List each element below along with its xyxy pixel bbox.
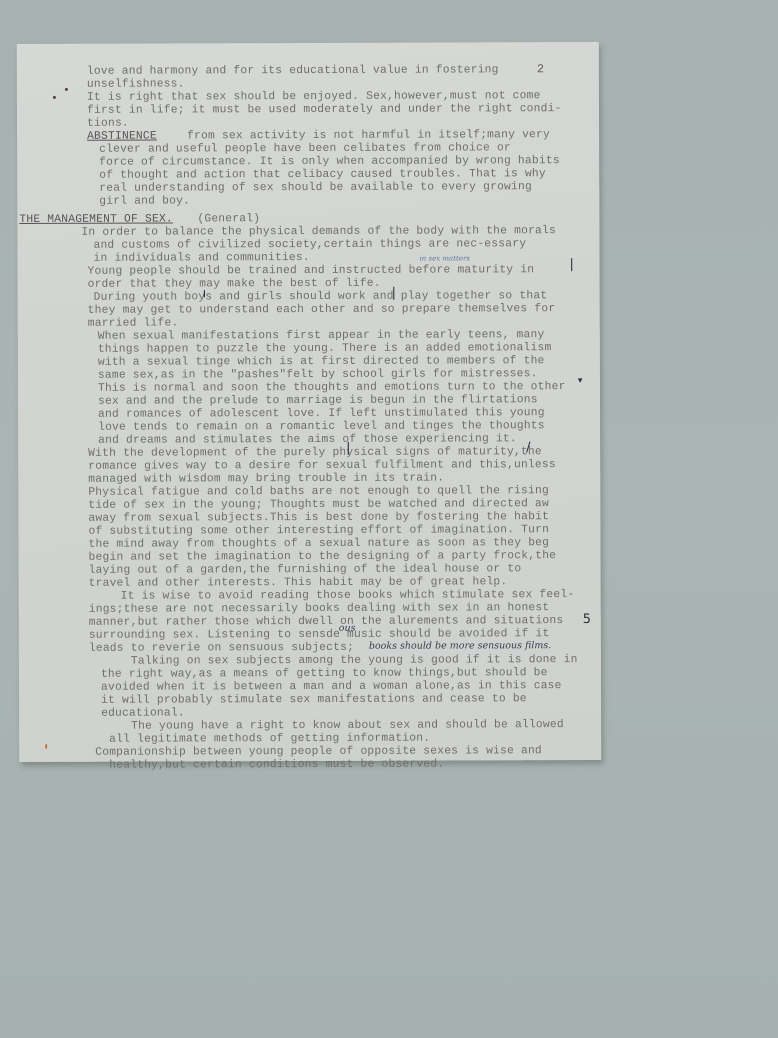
text-line: healthy,but certain conditions must be o… — [109, 759, 444, 772]
text-line: and romances of adolescent love. If left… — [98, 407, 545, 421]
text-line: Companionship between young people of op… — [95, 745, 542, 759]
correction-mark-icon: / — [526, 440, 530, 455]
text-line: This is normal and soon the thoughts and… — [98, 381, 566, 395]
text-line: (General) — [197, 213, 260, 225]
text-line: Physical fatigue and cold baths are not … — [88, 485, 549, 499]
correction-mark-icon: | — [392, 286, 396, 301]
text-line: Young people should be trained and instr… — [88, 264, 535, 278]
text-line: manner,but rather those which dwell on t… — [89, 615, 564, 629]
text-line: laying out of a garden,the furnishing of… — [89, 563, 522, 577]
text-line: of thought and action that celibacy caus… — [99, 168, 546, 182]
text-line: Talking on sex subjects among the young … — [131, 654, 578, 668]
text-line: love and harmony and for its educational… — [87, 64, 499, 77]
text-line: real understanding of sex should be avai… — [99, 181, 532, 195]
correction-mark-icon: | — [346, 441, 350, 456]
paper-stain — [53, 96, 56, 99]
margin-mark-icon: | — [569, 257, 573, 272]
page-number: 2 — [537, 62, 544, 76]
text-line: It is wise to avoid reading those books … — [121, 589, 575, 603]
correction-mark-icon: ▾ — [578, 376, 583, 386]
text-line: romance gives way to a desire for sexual… — [88, 459, 556, 473]
text-line: When sexual manifestations first appear … — [98, 329, 545, 343]
paper-stain — [65, 88, 68, 91]
section-heading: ABSTINENCE — [87, 131, 157, 143]
text-line: With the development of the purely physi… — [88, 446, 542, 460]
text-line: It is right that sex should be enjoyed. … — [87, 90, 541, 104]
text-line: The young have a right to know about sex… — [131, 719, 564, 733]
typewritten-page: 2 love and harmony and for its education… — [17, 42, 602, 762]
text-line: same sex,as in the "pashes"felt by schoo… — [98, 368, 538, 382]
text-line: with a sexual tinge which is at first di… — [98, 355, 545, 369]
handwritten-note: in sex matters — [419, 254, 469, 262]
section-heading: THE MANAGEMENT OF SEX. — [19, 213, 173, 226]
text-line: from sex activity is not harmful in itse… — [187, 129, 550, 142]
text-line: sex and and the prelude to marriage is b… — [98, 394, 538, 408]
text-line: force of circumstance. It is only when a… — [99, 155, 560, 169]
text-line: ings;these are not necessarily books dea… — [89, 602, 550, 616]
text-line: first in life; it must be used moderatel… — [87, 103, 562, 117]
paper-stain — [45, 744, 47, 749]
text-line: During youth boys and girls should work … — [94, 290, 548, 304]
text-line: and customs of civilized society,certain… — [93, 238, 526, 252]
text-line: they may get to understand each other an… — [88, 303, 556, 317]
handwritten-annotations: in sex mattersousbooks should be more se… — [17, 42, 599, 44]
text-line: girl and boy. — [99, 195, 190, 207]
correction-mark-icon: ı — [203, 286, 207, 301]
text-line: clever and useful people have been celib… — [99, 142, 511, 155]
text-line: travel and other interests. This habit m… — [89, 576, 508, 589]
text-line: avoided when it is between a man and a w… — [101, 680, 562, 694]
handwritten-note: books should be more sensuous films. — [369, 640, 551, 652]
text-line: away from sexual subjects.This is best d… — [88, 511, 549, 525]
text-line: order that they may make the best of lif… — [88, 278, 381, 291]
text-line: married life. — [88, 317, 179, 329]
text-line: leads to reverie on sensuous subjects; — [89, 642, 354, 655]
correction-mark-icon: 5 — [583, 612, 591, 627]
text-line: and dreams and stimulates the aims of th… — [98, 433, 517, 446]
text-line: the right way,as a means of getting to k… — [101, 667, 548, 681]
document-body: love and harmony and for its educational… — [17, 42, 599, 44]
text-line: of substituting some other interesting e… — [88, 524, 549, 538]
text-line: unselfishness. — [87, 78, 185, 90]
text-line: in individuals and communities. — [93, 252, 309, 265]
handwritten-note: ous — [339, 623, 356, 634]
text-line: managed with wisdom may bring trouble in… — [88, 473, 444, 486]
text-line: tions. — [87, 118, 129, 130]
text-line: things happen to puzzle the young. There… — [98, 342, 552, 356]
text-line: educational. — [101, 707, 185, 719]
text-line: it will probably stimulate sex manifesta… — [101, 693, 527, 706]
text-line: begin and set the imagination to the des… — [89, 550, 557, 564]
text-line: love tends to remain on a romantic level… — [98, 420, 545, 434]
text-line: all legitimate methods of getting inform… — [109, 733, 430, 746]
text-line: In order to balance the physical demands… — [81, 225, 556, 239]
text-line: tide of sex in the young; Thoughts must … — [88, 498, 549, 512]
text-line: the mind away from thoughts of a sexual … — [88, 537, 549, 551]
